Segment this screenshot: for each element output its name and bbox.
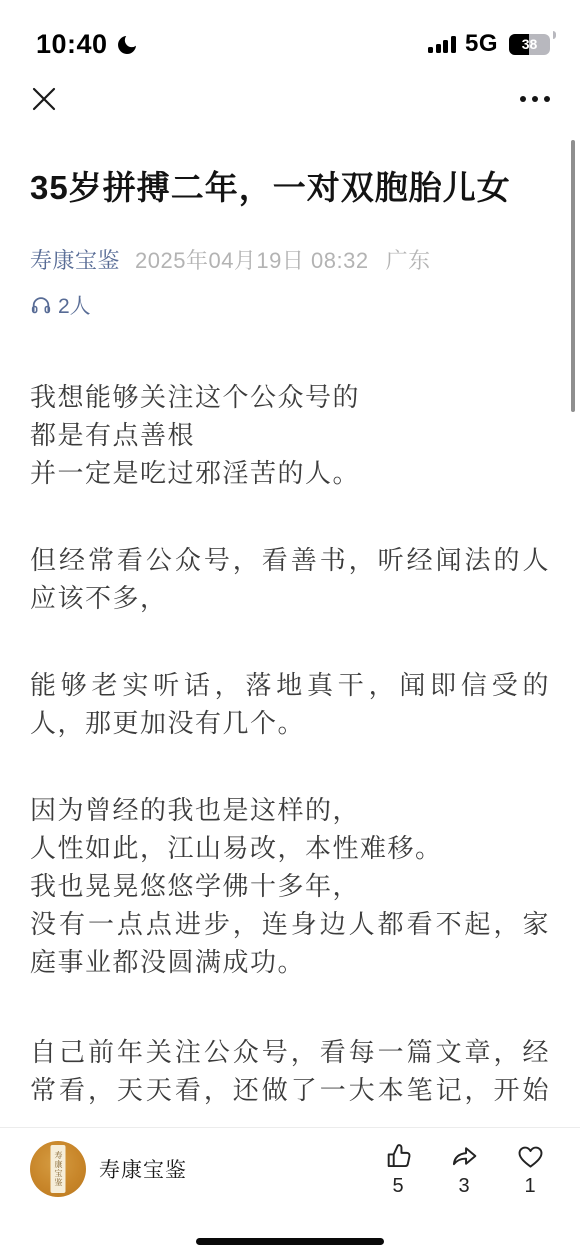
- home-indicator[interactable]: [196, 1238, 384, 1245]
- article-page: 10:40 5G 38 35岁拼搏二年，一对双胞胎儿女 寿康宝鉴 2025年04…: [0, 0, 580, 1255]
- body-line: 自己前年关注公众号，看每一篇文章，经: [30, 1033, 550, 1071]
- article-content: 35岁拼搏二年，一对双胞胎儿女 寿康宝鉴 2025年04月19日 08:32 广…: [0, 166, 580, 1109]
- favorite-count: 1: [524, 1175, 535, 1198]
- headphones-icon: [30, 294, 52, 316]
- body-line: 能够老实听话，落地真干，闻即信受的: [30, 666, 550, 704]
- thumbs-up-icon: [383, 1141, 414, 1172]
- account-name: 寿康宝鉴: [99, 1154, 187, 1184]
- body-line: 并一定是吃过邪淫苦的人。: [30, 454, 550, 492]
- account-avatar: 寿康宝鉴: [30, 1141, 86, 1197]
- account-profile[interactable]: 寿康宝鉴 寿康宝鉴: [30, 1141, 187, 1197]
- bottom-bar: 寿康宝鉴 寿康宝鉴 5 3 1: [0, 1127, 580, 1255]
- body-line: 我也晃晃悠悠学佛十多年，: [30, 867, 550, 905]
- paragraph: 但经常看公众号，看善书，听经闻法的人应该不多，: [30, 541, 550, 617]
- paragraph: 我想能够关注这个公众号的都是有点善根并一定是吃过邪淫苦的人。: [30, 378, 550, 492]
- cellular-signal-icon: [428, 36, 456, 53]
- avatar-book-stripe: 寿康宝鉴: [51, 1145, 66, 1193]
- clock: 10:40: [36, 29, 108, 60]
- article-body: 我想能够关注这个公众号的都是有点善根并一定是吃过邪淫苦的人。但经常看公众号，看善…: [30, 378, 550, 1109]
- battery-icon: 38: [509, 34, 550, 55]
- body-line: 但经常看公众号，看善书，听经闻法的人: [30, 541, 550, 579]
- scrollbar-thumb[interactable]: [571, 140, 575, 412]
- status-bar: 10:40 5G 38: [0, 0, 580, 70]
- body-line: 应该不多，: [30, 579, 550, 617]
- body-line: 人性如此，江山易改，本性难移。: [30, 829, 550, 867]
- share-count: 3: [458, 1175, 469, 1198]
- byline: 寿康宝鉴 2025年04月19日 08:32 广东: [30, 244, 550, 275]
- paragraph: 能够老实听话，落地真干，闻即信受的人，那更加没有几个。: [30, 666, 550, 742]
- share-arrow-icon: [449, 1141, 480, 1172]
- more-options-icon[interactable]: [520, 90, 550, 108]
- publish-date: 2025年04月19日 08:32: [135, 244, 369, 275]
- body-line: 庭事业都没圆满成功。: [30, 943, 550, 981]
- action-bar: 5 3 1: [376, 1141, 552, 1198]
- nav-bar: [0, 74, 580, 124]
- favorite-button[interactable]: 1: [508, 1141, 552, 1198]
- body-line: 人，那更加没有几个。: [30, 704, 550, 742]
- paragraph: 因为曾经的我也是这样的，人性如此，江山易改，本性难移。我也晃晃悠悠学佛十多年，没…: [30, 791, 550, 981]
- paragraph: 自己前年关注公众号，看每一篇文章，经常看，天天看，还做了一大本笔记，开始: [30, 1033, 550, 1109]
- body-line: 因为曾经的我也是这样的，: [30, 791, 550, 829]
- battery-percent: 38: [509, 34, 550, 55]
- heart-icon: [515, 1141, 546, 1172]
- like-count: 5: [392, 1175, 403, 1198]
- body-line: 常看，天天看，还做了一大本笔记，开始: [30, 1071, 550, 1109]
- share-button[interactable]: 3: [442, 1141, 486, 1198]
- listen-count-row[interactable]: 2人: [30, 290, 550, 320]
- author-link[interactable]: 寿康宝鉴: [30, 244, 120, 275]
- publish-location: 广东: [386, 244, 431, 275]
- close-icon[interactable]: [30, 85, 58, 113]
- do-not-disturb-moon-icon: [115, 33, 139, 57]
- body-line: 我想能够关注这个公众号的: [30, 378, 550, 416]
- listen-count: 2人: [58, 290, 91, 320]
- body-line: 没有一点点进步，连身边人都看不起，家: [30, 905, 550, 943]
- body-line: 都是有点善根: [30, 416, 550, 454]
- network-type: 5G: [465, 30, 498, 58]
- article-title: 35岁拼搏二年，一对双胞胎儿女: [30, 166, 550, 210]
- like-button[interactable]: 5: [376, 1141, 420, 1198]
